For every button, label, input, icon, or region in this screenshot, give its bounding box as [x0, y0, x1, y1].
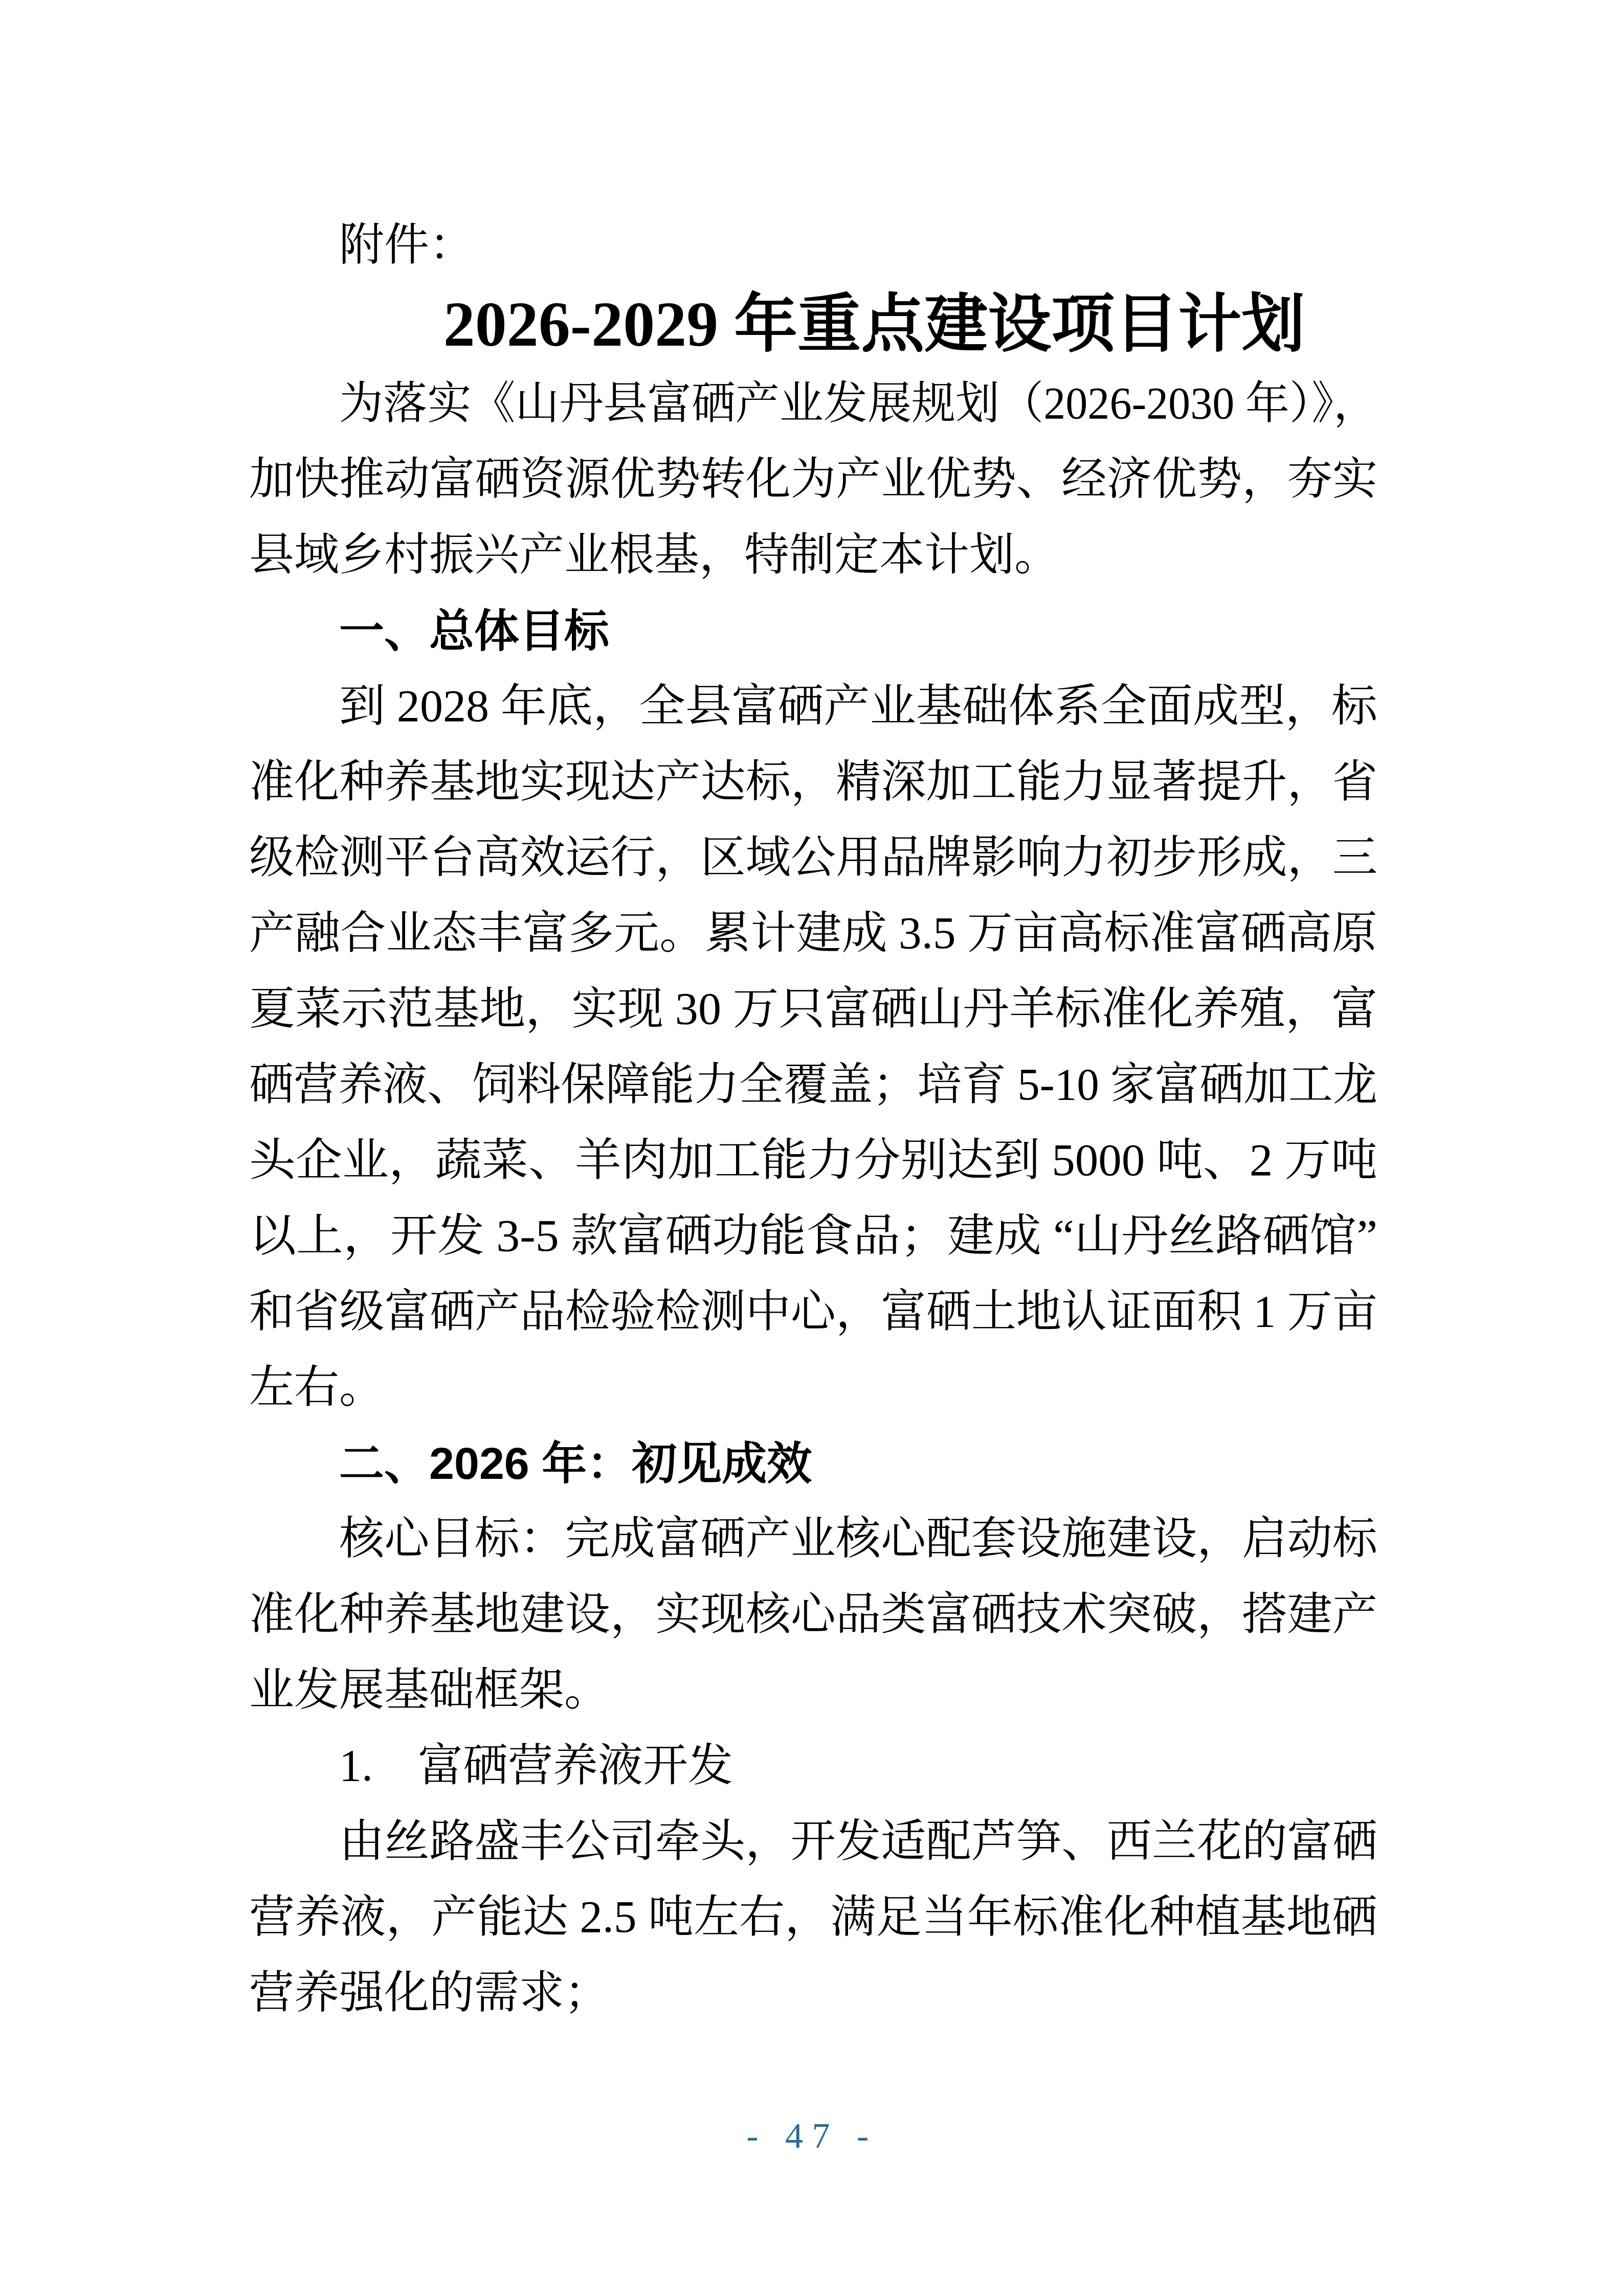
paragraph-line-text: 业发展基础框架。	[249, 1653, 609, 1728]
paragraph-line-text: 左右。	[249, 1350, 384, 1426]
document-page: 附件： 2026-2029 年重点建设项目计划 为落实《山丹县富硒产业发展规划（…	[0, 0, 1624, 2296]
paragraph-line: 产融合业态丰富多元。累计建成 3.5 万亩高标准富硒高原	[249, 896, 1377, 972]
paragraph-line: 由丝路盛丰公司牵头，开发适配芦笋、西兰花的富硒	[249, 1804, 1377, 1880]
paragraph-line: 营养液，产能达 2.5 吨左右，满足当年标准化种植基地硒	[249, 1880, 1377, 1955]
paragraph-line: 左右。	[249, 1350, 1377, 1426]
document-title: 2026-2029 年重点建设项目计划	[249, 283, 1377, 366]
paragraph-line: 头企业，蔬菜、羊肉加工能力分别达到 5000 吨、2 万吨	[249, 1123, 1377, 1199]
paragraph-line: 级检测平台高效运行，区域公用品牌影响力初步形成，三	[249, 820, 1377, 896]
paragraph-line-text: 头企业，蔬菜、羊肉加工能力分别达到 5000 吨、2 万吨	[249, 1123, 1377, 1199]
paragraph-line-text: 为落实《山丹县富硒产业发展规划（2026-2030 年）》，	[339, 366, 1377, 442]
paragraph-line: 为落实《山丹县富硒产业发展规划（2026-2030 年）》，	[249, 366, 1377, 442]
paragraph-line-text: 县域乡村振兴产业根基，特制定本计划。	[249, 517, 1059, 593]
document-title-text: 2026-2029 年重点建设项目计划	[443, 283, 1305, 366]
paragraph-line-text: 营养液，产能达 2.5 吨左右，满足当年标准化种植基地硒	[249, 1880, 1377, 1955]
paragraph-line-text: 硒营养液、饲料保障能力全覆盖；培育 5-10 家富硒加工龙	[249, 1047, 1377, 1123]
paragraph-line-text: 由丝路盛丰公司牵头，开发适配芦笋、西兰花的富硒	[339, 1804, 1377, 1880]
paragraph-line-text: 准化种养基地建设，实现核心品类富硒技术突破，搭建产	[249, 1577, 1377, 1653]
numbered-item-text: 1. 富硒营养液开发	[339, 1728, 733, 1804]
paragraph-line-text: 准化种养基地实现达产达标，精深加工能力显著提升，省	[249, 745, 1377, 820]
section-heading-text: 二、2026 年：初见成效	[339, 1426, 812, 1501]
paragraph-line-text: 营养强化的需求；	[249, 1955, 609, 2031]
section-heading-1: 一、总体目标	[249, 593, 1377, 669]
paragraph-line-text: 到 2028 年底，全县富硒产业基础体系全面成型，标	[339, 669, 1377, 745]
paragraph-line: 和省级富硒产品检验检测中心，富硒土地认证面积 1 万亩	[249, 1274, 1377, 1350]
paragraph-line-text: 夏菜示范基地，实现 30 万只富硒山丹羊标准化养殖，富	[249, 972, 1377, 1047]
paragraph-line: 到 2028 年底，全县富硒产业基础体系全面成型，标	[249, 669, 1377, 745]
paragraph-line-text: 产融合业态丰富多元。累计建成 3.5 万亩高标准富硒高原	[249, 896, 1377, 972]
section-heading-text: 一、总体目标	[339, 593, 609, 669]
paragraph-line: 营养强化的需求；	[249, 1955, 1377, 2031]
document-body: 附件： 2026-2029 年重点建设项目计划 为落实《山丹县富硒产业发展规划（…	[249, 208, 1377, 2031]
paragraph-line-text: 和省级富硒产品检验检测中心，富硒土地认证面积 1 万亩	[249, 1274, 1377, 1350]
numbered-item: 1. 富硒营养液开发	[249, 1728, 1377, 1804]
paragraph-line: 核心目标：完成富硒产业核心配套设施建设，启动标	[249, 1501, 1377, 1577]
paragraph-line: 县域乡村振兴产业根基，特制定本计划。	[249, 517, 1377, 593]
page-number-text: - 47 -	[746, 2117, 878, 2156]
paragraph-line: 硒营养液、饲料保障能力全覆盖；培育 5-10 家富硒加工龙	[249, 1047, 1377, 1123]
paragraph-line: 加快推动富硒资源优势转化为产业优势、经济优势，夯实	[249, 442, 1377, 517]
paragraph-line: 准化种养基地实现达产达标，精深加工能力显著提升，省	[249, 745, 1377, 820]
paragraph-line-text: 级检测平台高效运行，区域公用品牌影响力初步形成，三	[249, 820, 1377, 896]
section-heading-2: 二、2026 年：初见成效	[249, 1426, 1377, 1501]
paragraph-line: 夏菜示范基地，实现 30 万只富硒山丹羊标准化养殖，富	[249, 972, 1377, 1047]
attachment-label: 附件：	[249, 208, 1377, 283]
paragraph-line: 以上，开发 3-5 款富硒功能食品；建成 “山丹丝路硒馆”	[249, 1199, 1377, 1274]
paragraph-line: 业发展基础框架。	[249, 1653, 1377, 1728]
page-number: - 47 -	[0, 2108, 1624, 2165]
paragraph-line-text: 核心目标：完成富硒产业核心配套设施建设，启动标	[339, 1501, 1377, 1577]
paragraph-line-text: 以上，开发 3-5 款富硒功能食品；建成 “山丹丝路硒馆”	[249, 1199, 1377, 1274]
paragraph-line: 准化种养基地建设，实现核心品类富硒技术突破，搭建产	[249, 1577, 1377, 1653]
paragraph-line-text: 加快推动富硒资源优势转化为产业优势、经济优势，夯实	[249, 442, 1377, 517]
attachment-label-text: 附件：	[339, 208, 474, 283]
